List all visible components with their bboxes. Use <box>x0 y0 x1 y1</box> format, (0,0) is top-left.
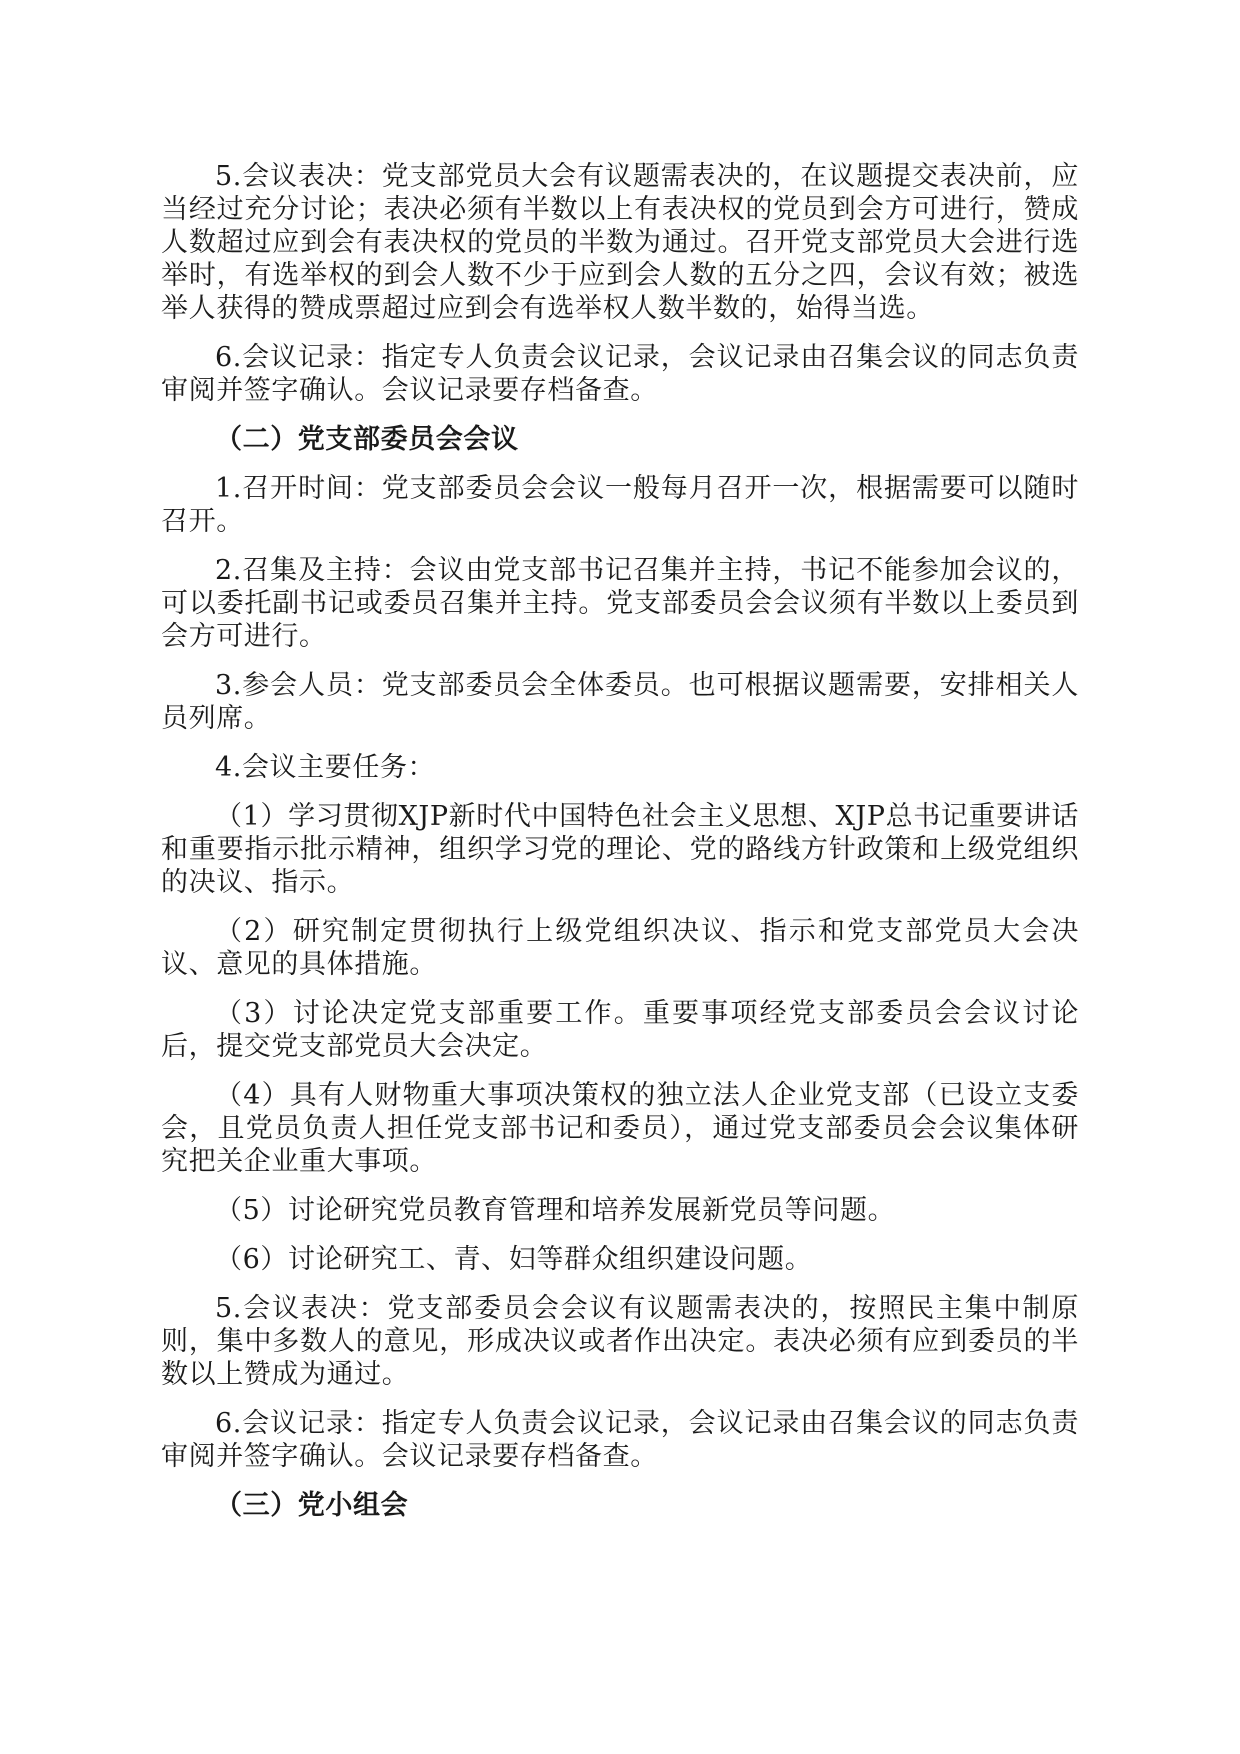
paragraph-attendees: 3.参会人员：党支部委员会全体委员。也可根据议题需要，安排相关人员列席。 <box>161 669 1079 735</box>
paragraph-voting-general-meeting: 5.会议表决：党支部党员大会有议题需表决的，在议题提交表决前，应当经过充分讨论；… <box>161 160 1079 325</box>
document-page: 5.会议表决：党支部党员大会有议题需表决的，在议题提交表决前，应当经过充分讨论；… <box>161 160 1079 1538</box>
paragraph-convening-hosting: 2.召集及主持：会议由党支部书记召集并主持，书记不能参加会议的，可以委托副书记或… <box>161 554 1079 653</box>
paragraph-voting-committee: 5.会议表决：党支部委员会会议有议题需表决的，按照民主集中制原则，集中多数人的意… <box>161 1292 1079 1391</box>
section-heading-party-group-meeting: （三）党小组会 <box>161 1489 1079 1522</box>
list-item-task-3: （3）讨论决定党支部重要工作。重要事项经党支部委员会会议讨论后，提交党支部党员大… <box>161 997 1079 1063</box>
paragraph-minutes-general-meeting: 6.会议记录：指定专人负责会议记录，会议记录由召集会议的同志负责审阅并签字确认。… <box>161 341 1079 407</box>
paragraph-meeting-time: 1.召开时间：党支部委员会会议一般每月召开一次，根据需要可以随时召开。 <box>161 472 1079 538</box>
list-item-task-1: （1）学习贯彻XJP新时代中国特色社会主义思想、XJP总书记重要讲话和重要指示批… <box>161 800 1079 899</box>
section-heading-committee-meeting: （二）党支部委员会会议 <box>161 423 1079 456</box>
paragraph-minutes-committee: 6.会议记录：指定专人负责会议记录，会议记录由召集会议的同志负责审阅并签字确认。… <box>161 1407 1079 1473</box>
list-item-task-6: （6）讨论研究工、青、妇等群众组织建设问题。 <box>161 1243 1079 1276</box>
list-item-task-2: （2）研究制定贯彻执行上级党组织决议、指示和党支部党员大会决议、意见的具体措施。 <box>161 915 1079 981</box>
list-item-task-4: （4）具有人财物重大事项决策权的独立法人企业党支部（已设立支委会，且党员负责人担… <box>161 1079 1079 1178</box>
list-item-task-5: （5）讨论研究党员教育管理和培养发展新党员等问题。 <box>161 1194 1079 1227</box>
paragraph-main-tasks: 4.会议主要任务： <box>161 751 1079 784</box>
